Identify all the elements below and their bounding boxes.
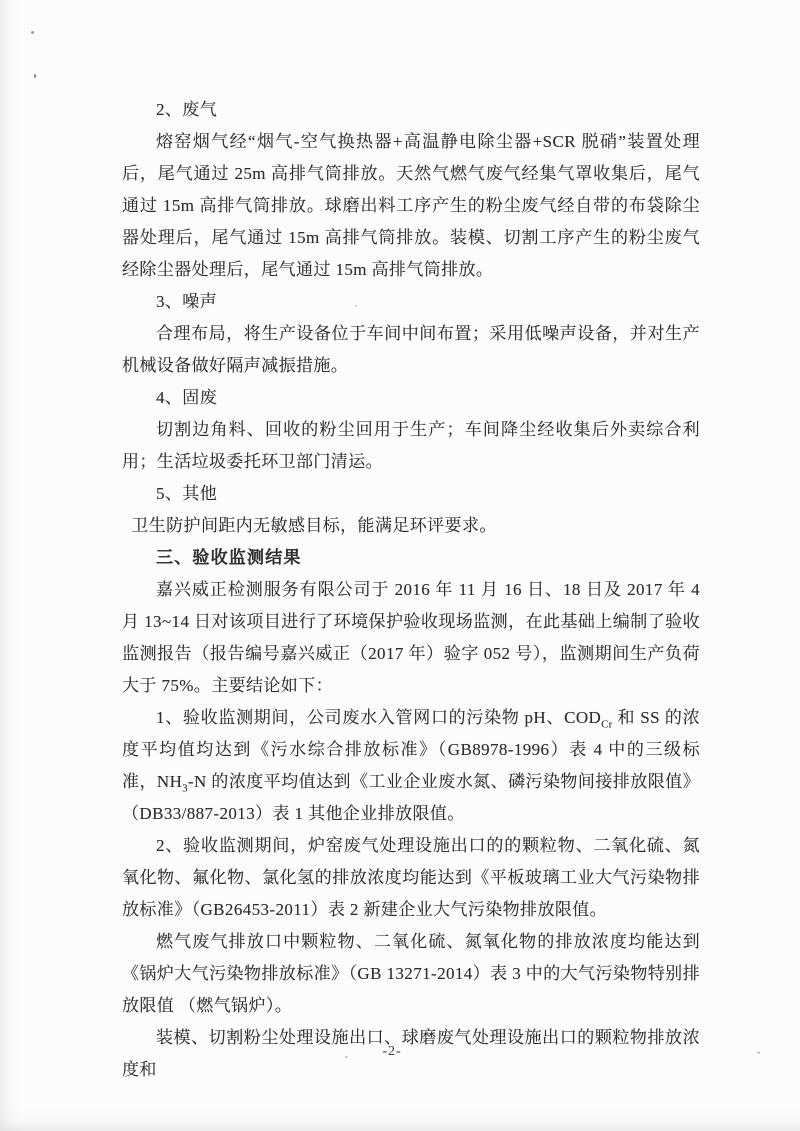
paragraph-flue-gas-treatment: 熔窑烟气经“烟气-空气换热器+高温静电除尘器+SCR 脱硝”装置处理后，尾气通过… <box>122 126 700 286</box>
paragraph-noise-measures: 合理布局，将生产设备位于车间中间布置；采用低噪声设备，并对生产机械设备做好隔声减… <box>122 318 700 382</box>
heading-acceptance-monitoring-results: 三、验收监测结果 <box>122 542 700 574</box>
heading-noise: 3、噪声 <box>122 286 700 318</box>
paragraph-conclusion-boiler-gas: 燃气废气排放口中颗粒物、二氧化硫、氮氧化物的排放浓度均能达到《锅炉大气污染物排放… <box>122 926 700 1022</box>
heading-waste-gas: 2、废气 <box>122 94 700 126</box>
scan-speck <box>34 74 36 78</box>
heading-solid-waste: 4、固废 <box>122 382 700 414</box>
page-number: -2- <box>0 1044 784 1060</box>
paragraph-conclusion-kiln-gas: 2、验收监测期间，炉窑废气处理设施出口的的颗粒物、二氧化硫、氮氧化物、氟化物、氯… <box>122 830 700 926</box>
document-page: 2、废气 熔窑烟气经“烟气-空气换热器+高温静电除尘器+SCR 脱硝”装置处理后… <box>0 0 800 1131</box>
heading-other: 5、其他 <box>122 478 700 510</box>
paragraph-conclusion-wastewater: 1、验收监测期间，公司废水入管网口的污染物 pH、CODCr 和 SS 的浓度平… <box>122 702 700 830</box>
paragraph-monitoring-overview: 嘉兴威正检测服务有限公司于 2016 年 11 月 16 日、18 日及 201… <box>122 574 700 702</box>
scan-speck <box>31 31 34 34</box>
page-content: 2、废气 熔窑烟气经“烟气-空气换热器+高温静电除尘器+SCR 脱硝”装置处理后… <box>122 94 700 1086</box>
paragraph-solid-waste-measures: 切割边角料、回收的粉尘回用于生产；车间降尘经收集后外卖综合利用；生活垃圾委托环卫… <box>122 414 700 478</box>
paragraph-sanitary-distance: 卫生防护间距内无敏感目标，能满足环评要求。 <box>122 510 700 542</box>
